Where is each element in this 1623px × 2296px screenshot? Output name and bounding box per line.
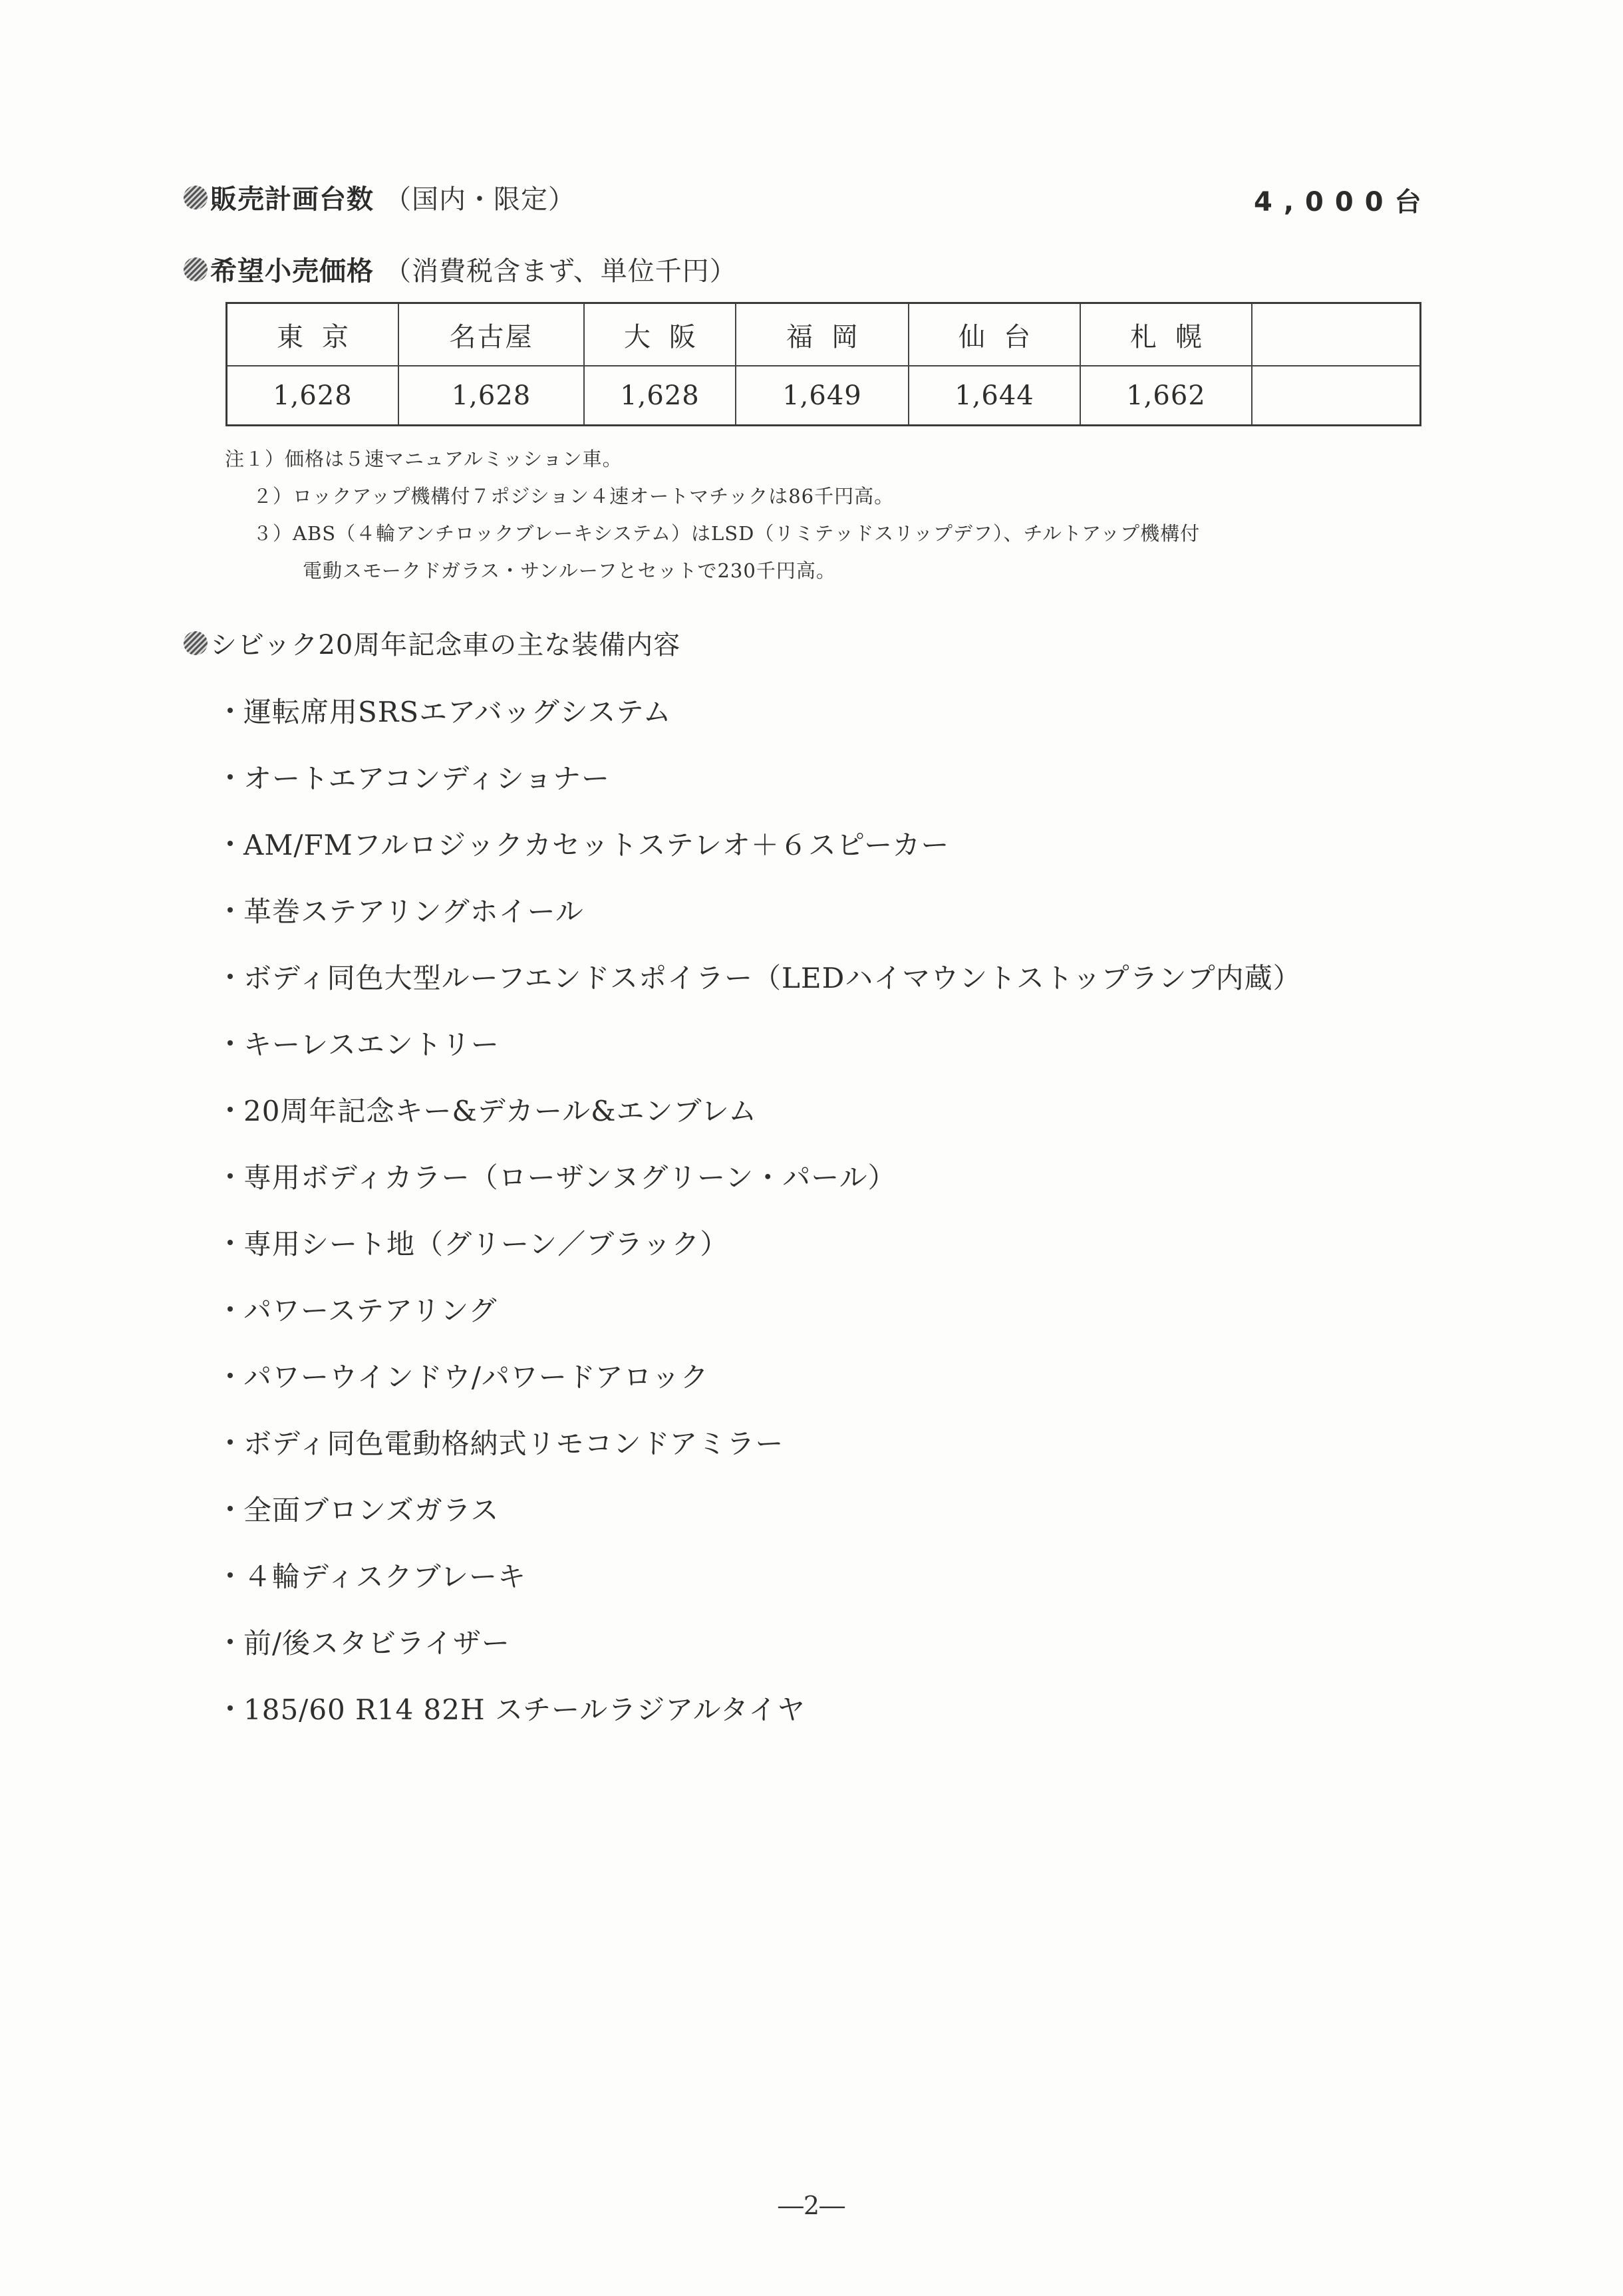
list-item: パワーステアリング bbox=[220, 1289, 498, 1329]
list-item: 20周年記念キー&デカール&エンブレム bbox=[220, 1089, 757, 1129]
list-item: 革巻ステアリングホイール bbox=[220, 890, 584, 930]
bullet-dot-icon bbox=[227, 1306, 233, 1312]
bullet-dot-icon bbox=[227, 774, 233, 780]
list-item: 運転席用SRSエアバッグシステム bbox=[220, 690, 672, 730]
hatched-bullet-icon bbox=[184, 631, 208, 655]
bullet-dot-icon bbox=[227, 1373, 233, 1378]
table-value-sapporo: 1,662 bbox=[1081, 366, 1253, 424]
list-item: オートエアコンディショナー bbox=[220, 757, 610, 797]
equipment-title: シビック20周年記念車の主な装備内容 bbox=[210, 624, 680, 662]
page-number: ―2― bbox=[765, 2191, 858, 2220]
list-item: 全面ブロンズガラス bbox=[220, 1489, 499, 1528]
bullet-dot-icon bbox=[227, 1705, 233, 1711]
table-value-empty bbox=[1253, 366, 1419, 424]
price-note-1: 注１）価格は５速マニュアルミッション車。 bbox=[225, 444, 623, 472]
table-header-sapporo: 札幌 bbox=[1081, 304, 1253, 366]
sales-plan-title: 販売計画台数 bbox=[210, 178, 374, 216]
bullet-dot-icon bbox=[227, 1173, 233, 1179]
list-item: AM/FMフルロジックカセットステレオ＋６スピーカー bbox=[220, 823, 949, 863]
bullet-dot-icon bbox=[227, 974, 233, 979]
table-value-nagoya: 1,628 bbox=[399, 366, 585, 424]
hatched-bullet-icon bbox=[184, 257, 208, 281]
table-value-tokyo: 1,628 bbox=[227, 366, 399, 424]
equipment-heading: シビック20周年記念車の主な装備内容 bbox=[184, 624, 680, 662]
list-item: 前/後スタビライザー bbox=[220, 1622, 510, 1661]
table-value-fukuoka: 1,649 bbox=[736, 366, 909, 424]
bullet-dot-icon bbox=[227, 1107, 233, 1112]
list-item: キーレスエントリー bbox=[220, 1023, 500, 1063]
sales-plan-heading: 販売計画台数 （国内・限定） bbox=[184, 178, 575, 216]
price-note-3-continued: 電動スモークドガラス・サンルーフとセットで230千円高。 bbox=[303, 556, 836, 583]
table-header-tokyo: 東京 bbox=[227, 304, 399, 366]
bullet-dot-icon bbox=[227, 1639, 233, 1644]
list-item: 専用シート地（グリーン／ブラック） bbox=[220, 1222, 728, 1262]
bullet-dot-icon bbox=[227, 708, 233, 713]
price-note-3: ３）ABS（４輪アンチロックブレーキシステム）はLSD（リミテッドスリップデフ）… bbox=[253, 519, 1200, 546]
sales-plan-quantity: 4,000台 bbox=[1254, 181, 1433, 219]
list-item: ボディ同色電動格納式リモコンドアミラー bbox=[220, 1422, 784, 1462]
sales-plan-qualifier: （国内・限定） bbox=[384, 178, 575, 216]
bullet-dot-icon bbox=[227, 1439, 233, 1445]
table-value-osaka: 1,628 bbox=[585, 366, 736, 424]
list-item: 185/60 R14 82H スチールラジアルタイヤ bbox=[220, 1688, 806, 1728]
table-header-osaka: 大阪 bbox=[585, 304, 736, 366]
table-value-sendai: 1,644 bbox=[909, 366, 1081, 424]
bullet-dot-icon bbox=[227, 1240, 233, 1245]
table-header-sendai: 仙台 bbox=[909, 304, 1081, 366]
list-item: ４輪ディスクブレーキ bbox=[220, 1555, 526, 1595]
retail-price-title: 希望小売価格 bbox=[210, 250, 374, 288]
retail-price-qualifier: （消費税含まず、単位千円） bbox=[384, 250, 737, 288]
retail-price-heading: 希望小売価格 （消費税含まず、単位千円） bbox=[184, 250, 737, 288]
bullet-dot-icon bbox=[227, 1040, 233, 1046]
table-header-fukuoka: 福岡 bbox=[736, 304, 909, 366]
bullet-dot-icon bbox=[227, 907, 233, 913]
price-table: 東京 名古屋 大阪 福岡 仙台 札幌 1,628 1,628 1,628 1,6… bbox=[225, 302, 1421, 426]
hatched-bullet-icon bbox=[184, 186, 208, 210]
bullet-dot-icon bbox=[227, 1506, 233, 1511]
list-item: パワーウインドウ/パワードアロック bbox=[220, 1356, 709, 1395]
list-item: ボディ同色大型ルーフエンドスポイラー（LEDハイマウントストップランプ内蔵） bbox=[220, 956, 1302, 996]
list-item: 専用ボディカラー（ローザンヌグリーン・パール） bbox=[220, 1156, 896, 1196]
bullet-dot-icon bbox=[227, 841, 233, 846]
bullet-dot-icon bbox=[227, 1572, 233, 1578]
table-header-nagoya: 名古屋 bbox=[399, 304, 585, 366]
price-note-2: ２）ロックアップ機構付７ポジション４速オートマチックは86千円高。 bbox=[253, 482, 894, 509]
table-header-empty bbox=[1253, 304, 1419, 366]
